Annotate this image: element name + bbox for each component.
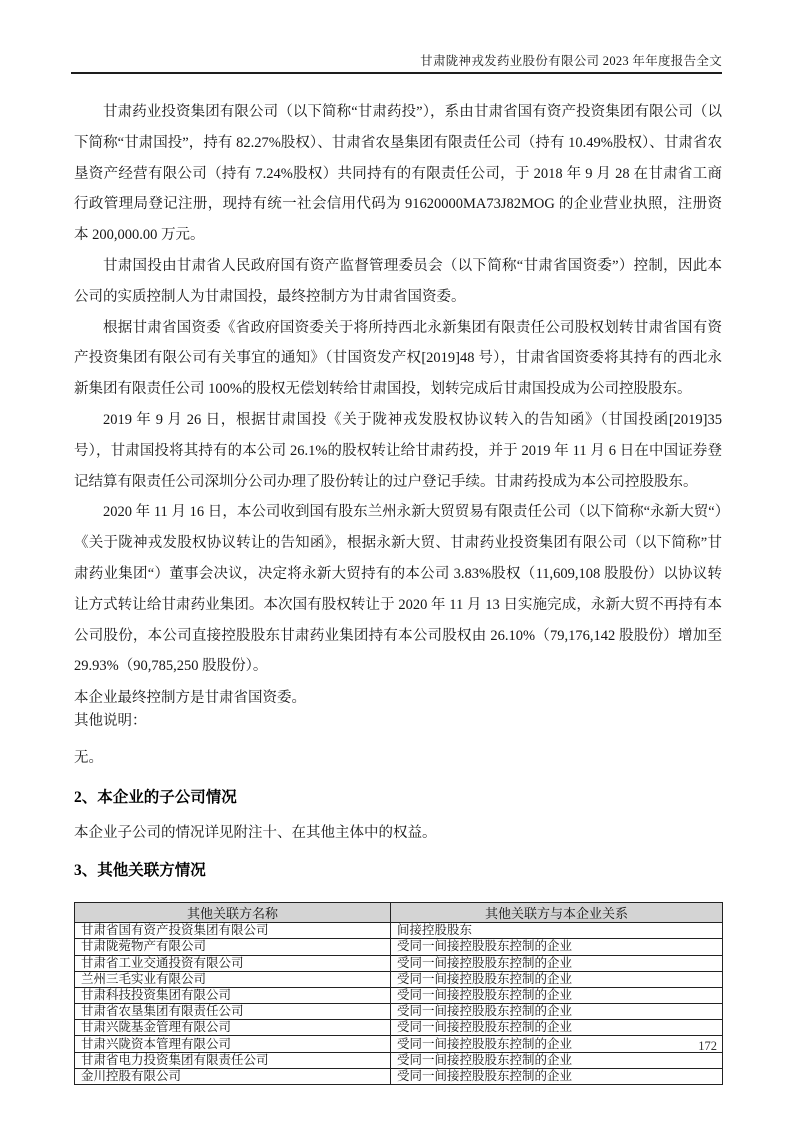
final-controller-statement: 本企业最终控制方是甘肃省国资委。 bbox=[74, 687, 722, 710]
related-party-relation: 间接控股股东 bbox=[391, 923, 723, 939]
related-party-relation: 受同一间接控股股东控制的企业 bbox=[391, 955, 723, 971]
column-header-related-party-name: 其他关联方名称 bbox=[75, 903, 391, 923]
related-party-table: 其他关联方名称 其他关联方与本企业关系 甘肃省国有资产投资集团有限公司 间接控股… bbox=[74, 902, 723, 1085]
table-header-row: 其他关联方名称 其他关联方与本企业关系 bbox=[75, 903, 723, 923]
table-row: 金川控股有限公司 受同一间接控股股东控制的企业 bbox=[75, 1068, 723, 1084]
table-row: 甘肃省工业交通投资有限公司 受同一间接控股股东控制的企业 bbox=[75, 955, 723, 971]
table-row: 甘肃陇菀物产有限公司 受同一间接控股股东控制的企业 bbox=[75, 939, 723, 955]
paragraph-2019-equity-transfer: 2019 年 9 月 26 日，根据甘肃国投《关于陇神戎发股权协议转入的告知函》… bbox=[74, 405, 722, 497]
column-header-relationship: 其他关联方与本企业关系 bbox=[391, 903, 723, 923]
related-party-relation: 受同一间接控股股东控制的企业 bbox=[391, 1020, 723, 1036]
page-content: 甘肃药业投资集团有限公司（以下简称“甘肃药投”），系由甘肃省国有资产投资集团有限… bbox=[74, 97, 722, 1085]
paragraph-actual-controller: 甘肃国投由甘肃省人民政府国有资产监督管理委员会（以下简称“甘肃省国资委”）控制，… bbox=[74, 251, 722, 313]
report-page: 甘肃陇神戎发药业股份有限公司 2023 年年度报告全文 甘肃药业投资集团有限公司… bbox=[0, 0, 793, 1122]
related-party-relation: 受同一间接控股股东控制的企业 bbox=[391, 1036, 723, 1052]
related-party-relation: 受同一间接控股股东控制的企业 bbox=[391, 1004, 723, 1020]
related-party-name: 甘肃科技投资集团有限公司 bbox=[75, 987, 391, 1003]
related-party-relation: 受同一间接控股股东控制的企业 bbox=[391, 1068, 723, 1084]
document-header-title: 甘肃陇神戎发药业股份有限公司 2023 年年度报告全文 bbox=[420, 51, 722, 69]
related-party-name: 甘肃省电力投资集团有限责任公司 bbox=[75, 1052, 391, 1068]
header-divider-rule bbox=[71, 72, 722, 74]
table-row: 甘肃省农垦集团有限责任公司 受同一间接控股股东控制的企业 bbox=[75, 1004, 723, 1020]
closing-statements: 本企业最终控制方是甘肃省国资委。 其他说明： 无。 bbox=[74, 687, 722, 769]
related-party-name: 甘肃省农垦集团有限责任公司 bbox=[75, 1004, 391, 1020]
page-number: 172 bbox=[698, 1039, 717, 1054]
subsidiaries-reference-text: 本企业子公司的情况详见附注十、在其他主体中的权益。 bbox=[74, 822, 722, 845]
related-party-name: 兰州三毛实业有限公司 bbox=[75, 971, 391, 987]
related-party-relation: 受同一间接控股股东控制的企业 bbox=[391, 987, 723, 1003]
related-party-name: 甘肃兴陇资本管理有限公司 bbox=[75, 1036, 391, 1052]
section-heading-subsidiaries: 2、本企业的子公司情况 bbox=[74, 786, 722, 809]
related-party-relation: 受同一间接控股股东控制的企业 bbox=[391, 971, 723, 987]
related-party-name: 甘肃省工业交通投资有限公司 bbox=[75, 955, 391, 971]
table-row: 甘肃兴陇基金管理有限公司 受同一间接控股股东控制的企业 bbox=[75, 1020, 723, 1036]
paragraph-shareholding-structure: 甘肃药业投资集团有限公司（以下简称“甘肃药投”），系由甘肃省国有资产投资集团有限… bbox=[74, 97, 722, 251]
related-party-relation: 受同一间接控股股东控制的企业 bbox=[391, 939, 723, 955]
paragraph-2020-equity-transfer: 2020 年 11 月 16 日，本公司收到国有股东兰州永新大贸贸易有限责任公司… bbox=[74, 497, 722, 682]
related-party-name: 甘肃省国有资产投资集团有限公司 bbox=[75, 923, 391, 939]
table-row: 甘肃省电力投资集团有限责任公司 受同一间接控股股东控制的企业 bbox=[75, 1052, 723, 1068]
section-heading-other-related-parties: 3、其他关联方情况 bbox=[74, 859, 722, 882]
other-notes-label: 其他说明： bbox=[74, 710, 722, 733]
related-party-name: 甘肃陇菀物产有限公司 bbox=[75, 939, 391, 955]
table-row: 甘肃科技投资集团有限公司 受同一间接控股股东控制的企业 bbox=[75, 987, 723, 1003]
related-party-name: 金川控股有限公司 bbox=[75, 1068, 391, 1084]
related-party-name: 甘肃兴陇基金管理有限公司 bbox=[75, 1020, 391, 1036]
table-row: 甘肃省国有资产投资集团有限公司 间接控股股东 bbox=[75, 923, 723, 939]
table-row: 甘肃兴陇资本管理有限公司 受同一间接控股股东控制的企业 bbox=[75, 1036, 723, 1052]
paragraph-equity-transfer-notice: 根据甘肃省国资委《省政府国资委关于将所持西北永新集团有限责任公司股权划转甘肃省国… bbox=[74, 313, 722, 405]
blank-line bbox=[74, 732, 722, 747]
table-row: 兰州三毛实业有限公司 受同一间接控股股东控制的企业 bbox=[75, 971, 723, 987]
related-party-relation: 受同一间接控股股东控制的企业 bbox=[391, 1052, 723, 1068]
other-notes-none: 无。 bbox=[74, 747, 722, 770]
